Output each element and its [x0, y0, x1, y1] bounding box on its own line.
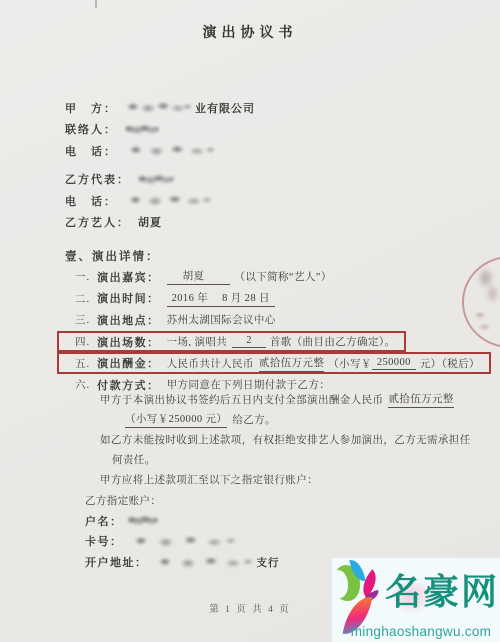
item-performance-count-highlighted: 四. 演出场数： 一场, 演唱共 2 首歌（曲目由乙方确定）。: [57, 331, 406, 353]
party-row-phone2: 电 话：: [65, 190, 255, 212]
item-performance-fee-highlighted: 五. 演出酬金： 人民币共计人民币 贰拾伍万元整 （小写￥ 250000 元）（…: [57, 352, 491, 374]
party-row-yifang-rep: 乙方代表：: [65, 168, 255, 190]
redacted-smudge: [128, 534, 236, 549]
paragraph-text: 何责任。: [112, 452, 156, 467]
account-label: 户名：: [85, 513, 123, 529]
performance-details-list: 一. 演出嘉宾： 胡夏 （以下简称“艺人”） 二. 演出时间： 2016 年 8…: [57, 266, 491, 396]
item-number: 三.: [75, 312, 90, 327]
watermark-site-url: minghaoshangwu.com: [342, 624, 500, 639]
redacted-smudge: [153, 555, 253, 570]
redacted-smudge: [128, 514, 158, 527]
item-label: 演出酬金：: [97, 355, 160, 371]
party-label: 联络人：: [65, 121, 117, 137]
document-title: 演出协议书: [0, 22, 500, 42]
logo-face-icon: [332, 570, 348, 598]
section-heading: 壹、演出详情：: [65, 248, 160, 264]
designated-account-heading: 乙方指定账户：: [0, 490, 500, 510]
paragraph-text: 甲方应将上述款项汇至以下之指定银行账户：: [100, 472, 318, 487]
party-label: 电 话：: [65, 193, 117, 209]
item-performance-guest: 一. 演出嘉宾： 胡夏 （以下简称“艺人”）: [57, 266, 332, 288]
filled-blank: 2016 年 8 月 28 日: [167, 290, 275, 307]
redacted-smudge: [125, 100, 191, 115]
party-value: 业有限公司: [195, 100, 255, 116]
item-label: 演出地点：: [97, 312, 160, 328]
scan-artifact: [95, 0, 97, 8]
card-number-row: 卡号：: [0, 531, 500, 552]
fee-amount-digits: 250000: [372, 357, 416, 370]
redacted-smudge: [125, 194, 211, 207]
contract-page: 演出协议书 甲 方： 业有限公司 联络人： 电 话： 乙方代表： 电 话：: [0, 0, 500, 642]
item-number: 五.: [75, 356, 90, 371]
paragraph-text: 甲方于本演出协议书签约后五日内支付全部演出酬金人民币: [100, 392, 383, 407]
account-value: 支行: [257, 555, 280, 570]
redacted-smudge: [138, 173, 174, 186]
item-text: 首歌（曲目由乙方确定）。: [270, 334, 396, 349]
payment-paragraph: 何责任。: [0, 450, 500, 470]
item-text: 人民币共计人民币: [167, 356, 254, 371]
payment-terms-block: 甲方于本演出协议书签约后五日内支付全部演出酬金人民币 贰拾伍万元整 （小写￥25…: [0, 389, 500, 573]
redacted-smudge: [125, 123, 159, 136]
redacted-smudge: [125, 144, 215, 157]
fee-amount-words: 贰拾伍万元整: [388, 391, 453, 408]
item-label: 演出场数：: [97, 334, 160, 350]
paragraph-text: 乙方指定账户：: [85, 493, 161, 508]
payment-paragraph: （小写￥250000 元） 给乙方。: [0, 409, 500, 429]
fee-amount-digits: （小写￥250000 元）: [125, 411, 227, 428]
paragraph-text: 给乙方。: [232, 412, 276, 427]
party-row-contact: 联络人：: [65, 119, 255, 141]
party-info-block: 甲 方： 业有限公司 联络人： 电 话： 乙方代表： 电 话： 乙方艺人： 胡夏: [65, 97, 255, 233]
filled-blank: 胡夏: [167, 268, 231, 285]
filled-blank: 2: [232, 335, 266, 348]
payment-paragraph: 甲方于本演出协议书签约后五日内支付全部演出酬金人民币 贰拾伍万元整: [0, 389, 500, 409]
item-label: 演出时间：: [97, 290, 160, 306]
account-label: 卡号：: [85, 533, 123, 549]
account-holder-row: 户名：: [0, 510, 500, 531]
party-value: 胡夏: [138, 214, 162, 230]
item-text: 元）（税后）: [420, 356, 480, 371]
item-text: 苏州太湖国际会议中心: [167, 312, 276, 327]
item-text: 一场, 演唱共: [167, 334, 228, 349]
party-row-phone1: 电 话：: [65, 140, 255, 162]
payment-paragraph: 如乙方未能按时收到上述款项，有权拒绝安排艺人参加演出，乙方无需承担任: [0, 429, 500, 449]
item-text: （以下简称“艺人”）: [234, 269, 331, 284]
fee-amount-words: 贰拾伍万元整: [259, 355, 324, 372]
item-number: 二.: [75, 291, 90, 306]
stamp-faint-characters: [468, 306, 498, 336]
item-performance-venue: 三. 演出地点： 苏州太湖国际会议中心: [57, 309, 276, 331]
party-row-artist: 乙方艺人： 胡夏: [65, 211, 255, 233]
item-performance-date: 二. 演出时间： 2016 年 8 月 28 日: [57, 288, 275, 310]
party-label: 乙方艺人：: [65, 214, 130, 230]
site-watermark: 名豪网 minghaoshangwu.com: [332, 558, 500, 642]
party-label: 乙方代表：: [65, 171, 130, 187]
item-number: 四.: [75, 334, 90, 349]
party-row-jiafang: 甲 方： 业有限公司: [65, 97, 255, 119]
item-label: 演出嘉宾：: [97, 269, 160, 285]
payment-paragraph: 甲方应将上述款项汇至以下之指定银行账户：: [0, 470, 500, 490]
item-number: 一.: [75, 269, 90, 284]
item-text: （小写￥: [328, 356, 372, 371]
stamp-ink-blot: [472, 264, 500, 310]
paragraph-text: 如乙方未能按时收到上述款项，有权拒绝安排艺人参加演出，乙方无需承担任: [100, 432, 471, 447]
watermark-site-name: 名豪网: [385, 564, 499, 615]
party-label: 电 话：: [65, 143, 117, 159]
account-label: 开户地址：: [85, 554, 148, 570]
party-label: 甲 方：: [65, 100, 117, 116]
